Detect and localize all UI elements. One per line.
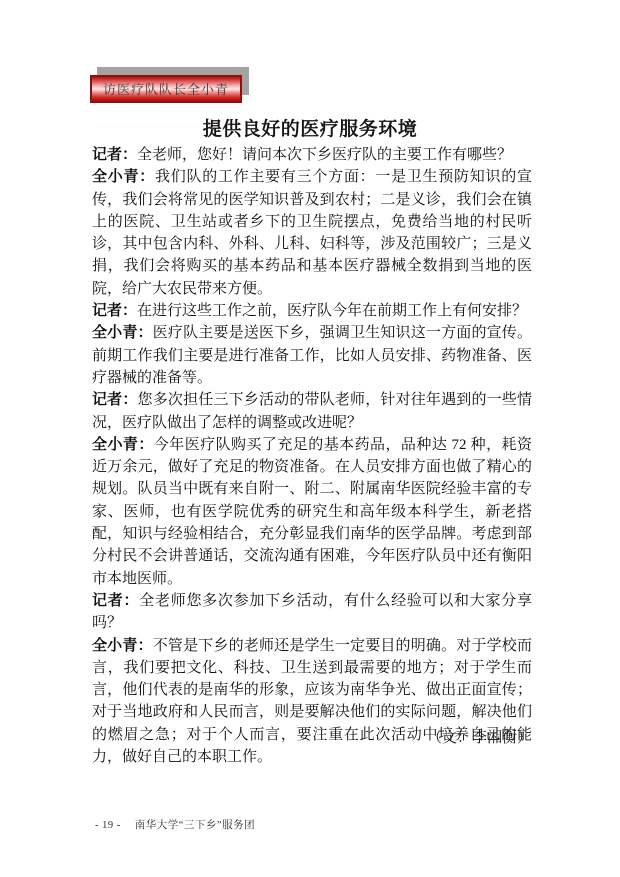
speaker-label: 全小青： (92, 638, 153, 654)
paragraph: 记者：您多次担任三下乡活动的带队老师，针对往年遇到的一些情况，医疗队做出了怎样的… (92, 389, 532, 434)
page-number: - 19 - (95, 820, 121, 831)
paragraph: 记者：在进行这些工作之前，医疗队今年在前期工作上有何安排？ (92, 300, 532, 322)
speaker-label: 记者： (92, 392, 138, 408)
paragraph: 全小青：今年医疗队购买了充足的基本药品，品种达 72 种，耗资近万余元，做好了充… (92, 434, 532, 590)
paragraph: 全小青：医疗队主要是送医下乡，强调卫生知识这一方面的宣传。前期工作我们主要是进行… (92, 322, 532, 389)
paragraph: 全小青：我们队的工作主要有三个方面：一是卫生预防知识的宣传，我们会将常见的医学知… (92, 166, 532, 300)
section-banner: 访医疗队队长全小青 (90, 75, 242, 103)
page-title: 提供良好的医疗服务环境 (0, 114, 620, 141)
paragraph-text: 在进行这些工作之前，医疗队今年在前期工作上有何安排？ (137, 303, 527, 319)
speaker-label: 全小青： (92, 325, 153, 341)
author-attribution: （文：李湘衡） (92, 726, 532, 747)
speaker-label: 记者： (92, 147, 137, 163)
paragraph-text: 医疗队主要是送医下乡，强调卫生知识这一方面的宣传。前期工作我们主要是进行准备工作… (92, 325, 532, 386)
paragraph-text: 全老师，您好！请问本次下乡医疗队的主要工作有哪些？ (137, 147, 512, 163)
speaker-label: 全小青： (92, 437, 154, 453)
paragraph: 全小青：不管是下乡的老师还是学生一定要目的明确。对于学校而言，我们要把文化、科技… (92, 635, 532, 769)
speaker-label: 全小青： (92, 169, 155, 185)
paragraph-text: 全老师您多次参加下乡活动，有什么经验可以和大家分享吗？ (92, 593, 532, 631)
paragraph-text: 您多次担任三下乡活动的带队老师，针对往年遇到的一些情况，医疗队做出了怎样的调整或… (92, 392, 532, 430)
speaker-label: 记者： (92, 593, 139, 609)
paragraph: 记者：全老师，您好！请问本次下乡医疗队的主要工作有哪些？ (92, 144, 532, 166)
document-page: 访医疗队队长全小青 提供良好的医疗服务环境 记者：全老师，您好！请问本次下乡医疗… (0, 0, 620, 877)
paragraph-text: 我们队的工作主要有三个方面：一是卫生预防知识的宣传，我们会将常见的医学知识普及到… (92, 169, 532, 296)
footer-label: 南华大学“三下乡”服务团 (135, 820, 255, 831)
speaker-label: 记者： (92, 303, 137, 319)
paragraph-text: 今年医疗队购买了充足的基本药品，品种达 72 种，耗资近万余元，做好了充足的物资… (92, 437, 532, 587)
section-banner-label: 访医疗队队长全小青 (90, 75, 242, 103)
article-body: 记者：全老师，您好！请问本次下乡医疗队的主要工作有哪些？ 全小青：我们队的工作主… (92, 144, 532, 768)
paragraph: 记者：全老师您多次参加下乡活动，有什么经验可以和大家分享吗？ (92, 590, 532, 635)
page-footer: - 19 -南华大学“三下乡”服务团 (95, 817, 255, 832)
